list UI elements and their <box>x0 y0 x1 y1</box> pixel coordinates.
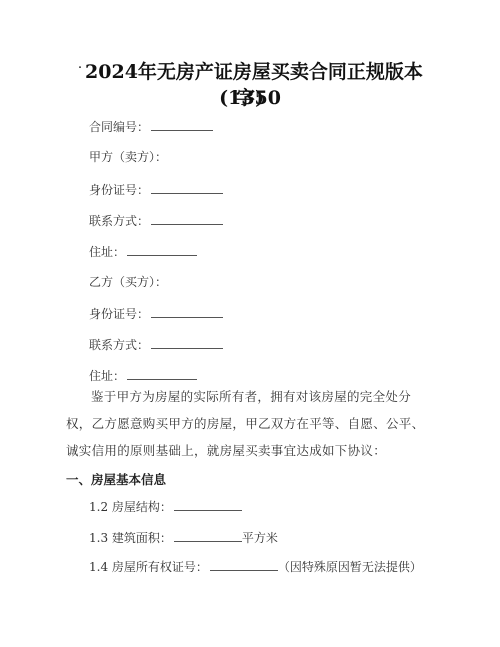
party-b-address-blank[interactable] <box>127 367 197 380</box>
title-mark: ˙ <box>77 65 83 79</box>
field-party-b-contact: 联系方式： <box>89 336 223 353</box>
intro-paragraph: 鉴于甲方为房屋的实际所有者，拥有对该房屋的完全处分权，乙方愿意购买甲方的房屋，甲… <box>66 383 436 464</box>
field-contract-number: 合同编号： <box>89 118 213 135</box>
party-a-contact-blank[interactable] <box>151 212 223 225</box>
party-b-id-blank[interactable] <box>151 305 223 318</box>
field-party-b-heading: 乙方（买方）： <box>89 274 167 290</box>
item-house-structure: 1.2 房屋结构： <box>89 498 242 515</box>
party-a-address-blank[interactable] <box>127 243 197 256</box>
ownership-certificate-blank[interactable] <box>210 558 278 571</box>
field-party-a-address: 住址： <box>89 243 197 260</box>
item-ownership-certificate: 1.4 房屋所有权证号：（因特殊原因暂无法提供） <box>89 558 422 575</box>
section-heading: 一、房屋基本信息 <box>66 470 166 488</box>
document-title-line2: 字) <box>60 85 440 111</box>
party-b-contact-blank[interactable] <box>151 336 223 349</box>
house-structure-blank[interactable] <box>174 498 242 511</box>
building-area-blank[interactable] <box>174 529 242 542</box>
field-party-b-id: 身份证号： <box>89 305 223 322</box>
field-party-b-address: 住址： <box>89 367 197 384</box>
item-building-area: 1.3 建筑面积：平方米 <box>89 529 278 546</box>
field-party-a-id: 身份证号： <box>89 181 223 198</box>
field-party-a-contact: 联系方式： <box>89 212 223 229</box>
contract-number-blank[interactable] <box>151 118 213 131</box>
party-a-id-blank[interactable] <box>151 181 223 194</box>
field-party-a-heading: 甲方（卖方）： <box>89 149 167 165</box>
